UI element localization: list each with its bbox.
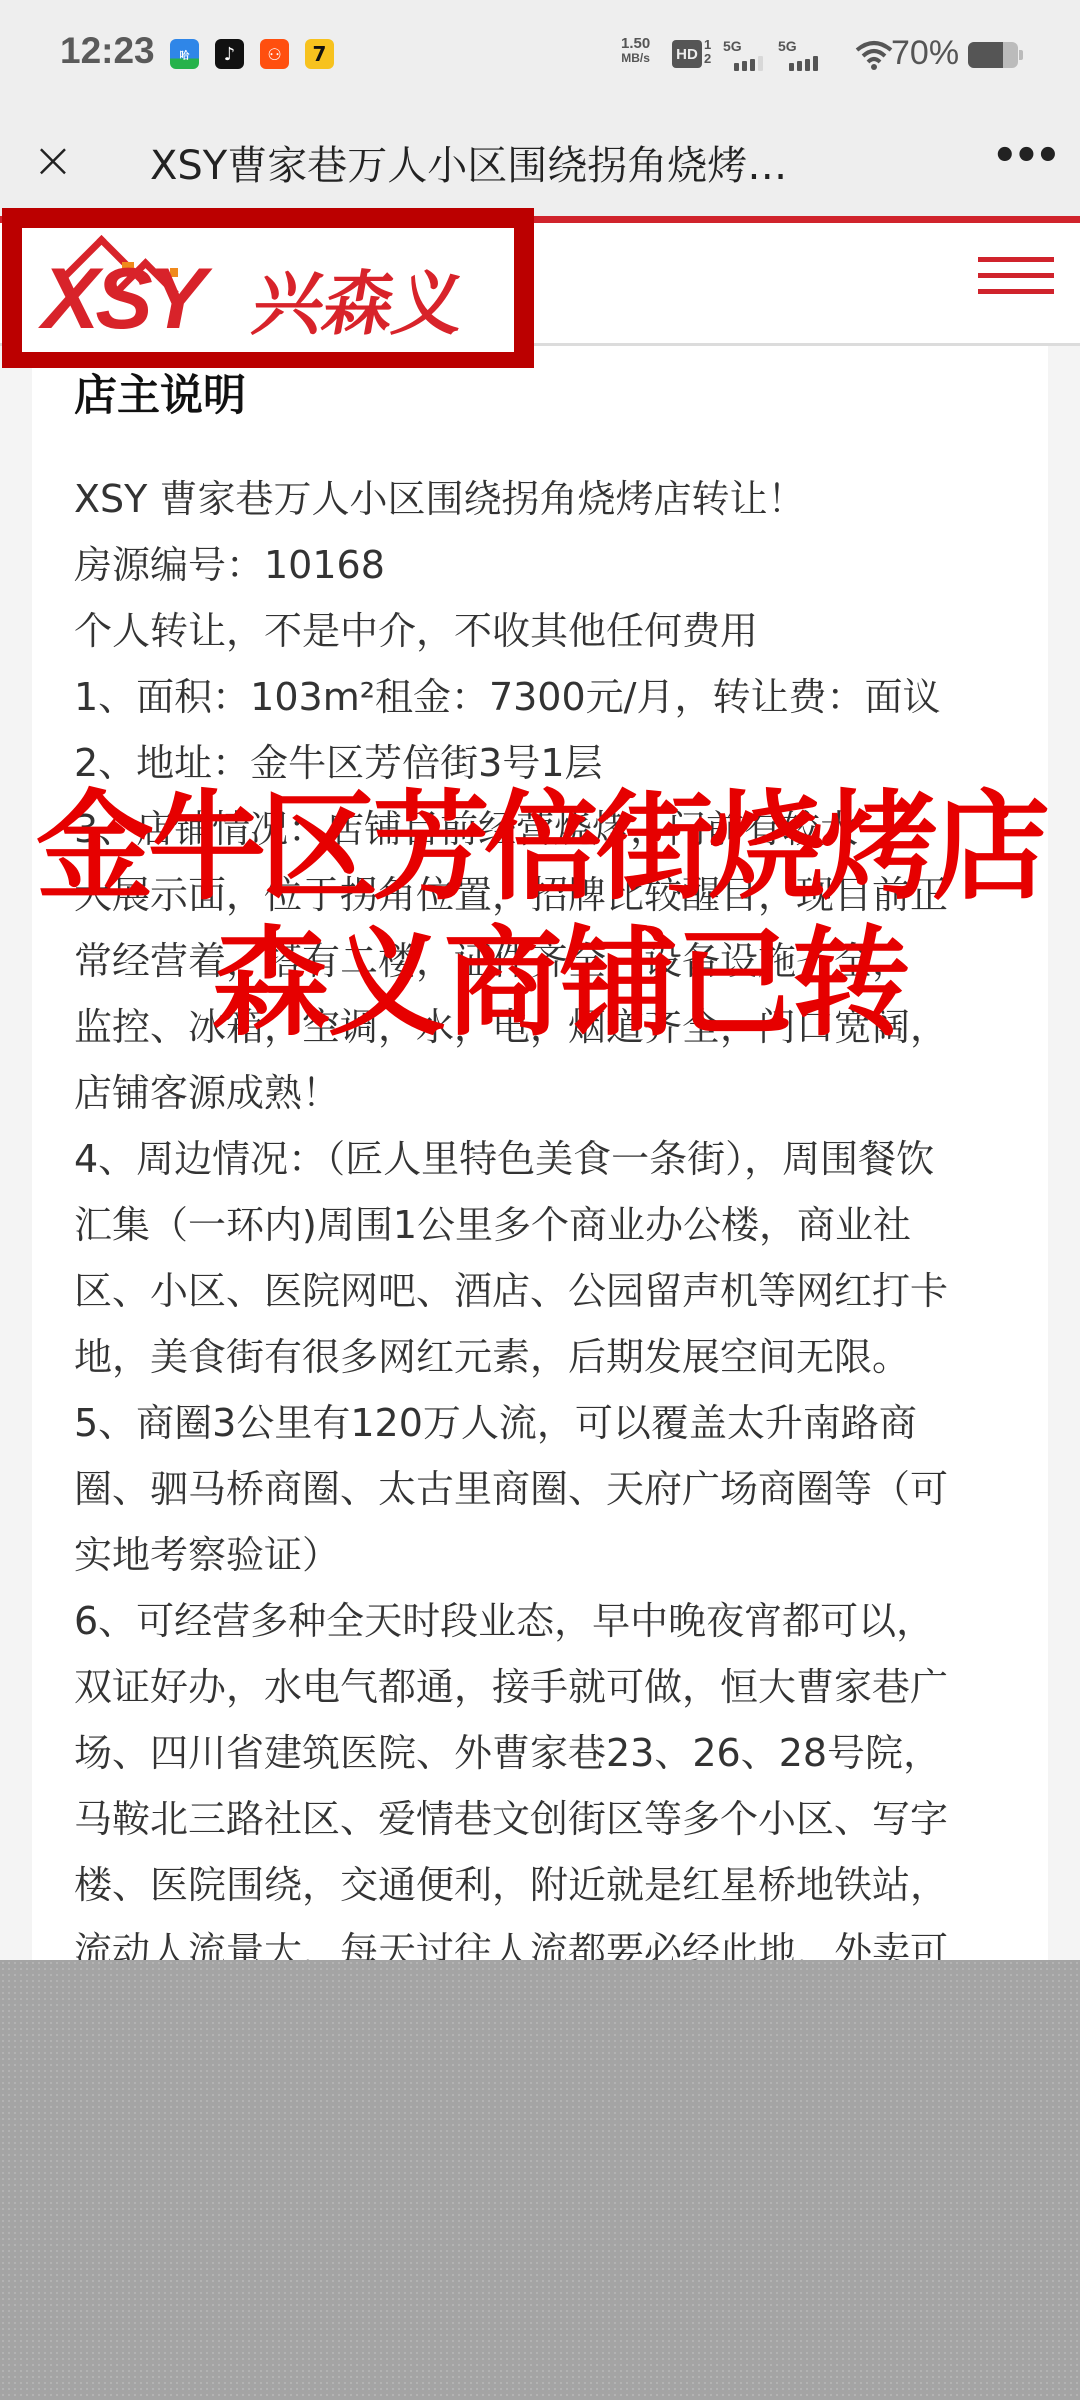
qimao-reader-icon: 7 [305,39,334,69]
description-line: 圈、驷马桥商圈、太古里商圈、天府广场商圈等（可 [74,1456,1054,1522]
sim1-signal-icon [734,56,763,71]
close-icon[interactable]: × [28,130,78,190]
site-logo[interactable]: XSY 兴森义 [22,228,514,352]
battery-tip [1019,50,1023,60]
net-speed-unit: MB/s [621,51,650,66]
description-line: 个人转让，不是中介，不收其他任何费用 [74,598,1054,664]
description-line: 店铺客源成熟！ [74,1060,1054,1126]
net-speed-value: 1.50 [621,36,650,51]
kuaishou-icon: ⚇ [260,39,289,69]
description-line: 地，美食街有很多网红元素，后期发展空间无限。 [74,1324,1054,1390]
description-line: 实地考察验证） [74,1522,1054,1588]
sim2-5g-label: 5G [778,38,797,54]
tiktok-icon: ♪ [215,39,244,69]
hello-app-icon: 哈 [170,39,199,69]
browser-nav-bar: × XSY曹家巷万人小区围绕拐角烧烤… ••• [0,108,1080,216]
redaction-mask [0,1960,1080,2400]
status-bar: 12:23 哈 ♪ ⚇ 7 1.50 MB/s HD 12 5G 5G 70% [0,0,1080,108]
hd-volte-icon: HD [672,40,702,68]
description-body: XSY 曹家巷万人小区围绕拐角烧烤店转让！ 房源编号：10168 个人转让，不是… [74,466,1054,1984]
description-line: 场、四川省建筑医院、外曹家巷23、26、28号院， [74,1720,1054,1786]
description-line: 汇集（一环内)周围1公里多个商业办公楼，商业社 [74,1192,1054,1258]
description-line: 1、面积：103m²租金：7300元/月，转让费：面议 [74,664,1054,730]
more-options-icon[interactable]: ••• [992,130,1052,190]
description-line: 4、周边情况：（匠人里特色美食一条街），周围餐饮 [74,1126,1054,1192]
card-title: 店主说明 [74,362,246,423]
hd-sim-index: 12 [704,38,714,66]
hamburger-menu-icon[interactable] [978,257,1054,309]
description-line: XSY 曹家巷万人小区围绕拐角烧烤店转让！ [74,466,1054,532]
description-line: 楼、医院围绕，交通便利，附近就是红星桥地铁站， [74,1852,1054,1918]
description-line: 马鞍北三路社区、爱情巷文创街区等多个小区、写字 [74,1786,1054,1852]
battery-icon [968,42,1018,68]
transferred-stamp-line1: 金牛区芳倍街烧烤店 [0,782,1080,912]
logo-latin: XSY [42,256,202,342]
page-title: XSY曹家巷万人小区围绕拐角烧烤… [150,134,910,191]
owner-description-card: 店主说明 XSY 曹家巷万人小区围绕拐角烧烤店转让！ 房源编号：10168 个人… [32,346,1048,2046]
logo-highlight-frame: XSY 兴森义 [2,208,534,368]
description-line: 房源编号：10168 [74,532,1054,598]
description-line: 区、小区、医院网吧、酒店、公园留声机等网红打卡 [74,1258,1054,1324]
battery-percent: 70% [891,34,959,73]
network-speed: 1.50 MB/s [621,36,650,66]
sim1-5g-label: 5G [723,38,742,54]
wifi-icon [855,40,893,76]
transferred-stamp-line2: 森义商铺已转 [0,918,1080,1048]
description-line: 双证好办，水电气都通，接手就可做，恒大曹家巷广 [74,1654,1054,1720]
description-line: 5、商圈3公里有120万人流，可以覆盖太升南路商 [74,1390,1054,1456]
clock: 12:23 [60,30,155,72]
sim2-signal-icon [789,56,818,71]
description-line: 6、可经营多种全天时段业态，早中晚夜宵都可以， [74,1588,1054,1654]
logo-chinese: 兴森义 [247,264,471,344]
